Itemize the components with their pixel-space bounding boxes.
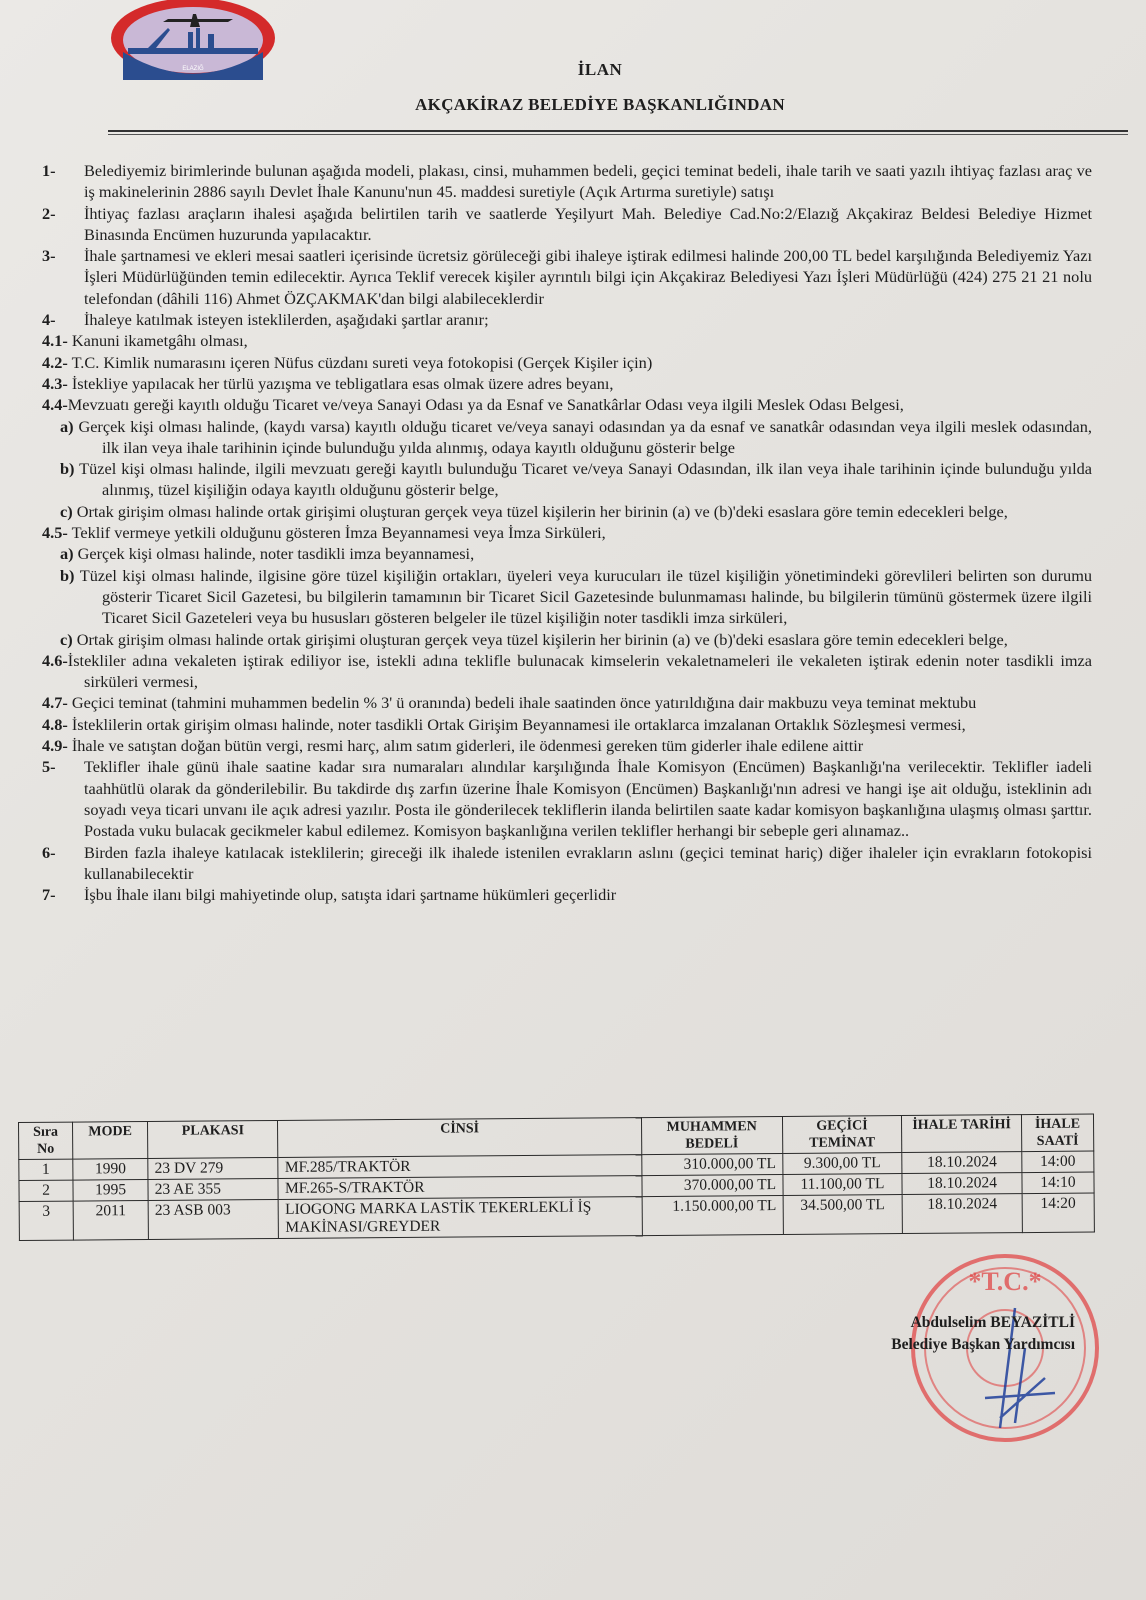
clause-6: 6-Birden fazla ihaleye katılacak istekli…	[42, 842, 1092, 885]
table-cell: 1	[19, 1159, 73, 1180]
condition-4-5-b: b) Tüzel kişi olması halinde, ilgisine g…	[42, 565, 1092, 629]
table-cell: LIOGONG MARKA LASTİK TEKERLEKLİ İŞ MAKİN…	[279, 1197, 643, 1239]
header-divider	[108, 130, 1128, 132]
condition-4-4: 4.4-Mevzuatı gereği kayıtlı olduğu Ticar…	[42, 394, 1092, 415]
table-cell: 2	[19, 1180, 73, 1201]
table-row: 3201123 ASB 003LIOGONG MARKA LASTİK TEKE…	[19, 1193, 1094, 1240]
document-title: İLAN	[0, 60, 1146, 80]
table-cell: 1990	[73, 1158, 148, 1180]
table-cell: 2011	[73, 1200, 148, 1240]
condition-4-5-c: c) Ortak girişim olması halinde ortak gi…	[42, 629, 1092, 650]
table-cell: 1995	[73, 1179, 148, 1201]
document-page: ELAZIĞ İLAN AKÇAKİRAZ BELEDİYE BAŞKANLIĞ…	[0, 0, 1146, 1600]
condition-4-3: 4.3- İstekliye yapılacak her türlü yazış…	[42, 373, 1092, 394]
col-sira-no: Sıra No	[19, 1122, 73, 1159]
col-teminat: GEÇİCİ TEMİNAT	[782, 1116, 902, 1154]
table-cell: 14:10	[1022, 1172, 1094, 1194]
document-subtitle: AKÇAKİRAZ BELEDİYE BAŞKANLIĞINDAN	[0, 95, 1146, 115]
clause-1: 1-Belediyemiz birimlerinde bulunan aşağı…	[42, 160, 1092, 203]
announcement-body: 1-Belediyemiz birimlerinde bulunan aşağı…	[42, 160, 1092, 905]
clause-3: 3-İhale şartnamesi ve ekleri mesai saatl…	[42, 245, 1092, 309]
table-cell: 18.10.2024	[902, 1173, 1022, 1195]
col-model: MODE	[73, 1121, 148, 1159]
svg-text:*T.C.*: *T.C.*	[968, 1267, 1041, 1296]
signatory-role: Belediye Başkan Yardımcısı	[840, 1334, 1075, 1356]
signature-block: Abdulselim BEYAZİTLİ Belediye Başkan Yar…	[840, 1312, 1075, 1356]
condition-4-5-a: a) Gerçek kişi olması halinde, noter tas…	[42, 543, 1092, 564]
signatory-name: Abdulselim BEYAZİTLİ	[840, 1312, 1075, 1334]
table-cell: 18.10.2024	[902, 1152, 1022, 1174]
condition-4-4-a: a) Gerçek kişi olması halinde, (kaydı va…	[42, 416, 1092, 459]
table-cell: 370.000,00 TL	[642, 1174, 783, 1196]
clause-4: 4-İhaleye katılmak isteyen isteklilerden…	[42, 309, 1092, 330]
table-cell: MF.265-S/TRAKTÖR	[278, 1176, 641, 1200]
clause-7: 7-İşbu İhale ilanı bilgi mahiyetinde olu…	[42, 884, 1092, 905]
col-muhammen: MUHAMMEN BEDELİ	[641, 1116, 782, 1154]
condition-4-7: 4.7- Geçici teminat (tahmini muhammen be…	[42, 692, 1092, 713]
condition-4-1: 4.1- Kanuni ikametgâhı olması,	[42, 330, 1092, 351]
table-cell: 9.300,00 TL	[782, 1153, 902, 1175]
table-cell: 18.10.2024	[902, 1194, 1022, 1234]
col-saat: İHALE SAATİ	[1021, 1114, 1093, 1152]
table-cell: 23 AE 355	[148, 1178, 278, 1200]
table-cell: 23 ASB 003	[148, 1199, 279, 1239]
condition-4-5: 4.5- Teklif vermeye yetkili olduğunu gös…	[42, 522, 1092, 543]
header-divider-thin	[108, 134, 1128, 135]
col-plaka: PLAKASI	[148, 1120, 279, 1158]
table-cell: 14:00	[1022, 1151, 1094, 1173]
condition-4-8: 4.8- İsteklilerin ortak girişim olması h…	[42, 714, 1092, 735]
condition-4-2: 4.2- T.C. Kimlik numarasını içeren Nüfus…	[42, 352, 1092, 373]
table-cell: 23 DV 279	[148, 1157, 278, 1179]
clause-2: 2-İhtiyaç fazlası araçların ihalesi aşağ…	[42, 203, 1092, 246]
table-cell: MF.285/TRAKTÖR	[278, 1155, 641, 1179]
col-cinsi: CİNSİ	[278, 1118, 642, 1158]
condition-4-6: 4.6-İstekliler adına vekaleten iştirak e…	[42, 650, 1092, 693]
table-cell: 34.500,00 TL	[783, 1195, 903, 1235]
table-cell: 1.150.000,00 TL	[642, 1195, 783, 1235]
table-cell: 11.100,00 TL	[783, 1174, 903, 1196]
table-cell: 14:20	[1022, 1193, 1094, 1233]
table-cell: 310.000,00 TL	[641, 1153, 782, 1175]
col-tarih: İHALE TARİHİ	[902, 1115, 1022, 1153]
vehicle-table: Sıra No MODE PLAKASI CİNSİ MUHAMMEN BEDE…	[18, 1114, 1095, 1241]
condition-4-4-b: b) Tüzel kişi olması halinde, ilgili mev…	[42, 458, 1092, 501]
condition-4-9: 4.9- İhale ve satıştan doğan bütün vergi…	[42, 735, 1092, 756]
table-cell: 3	[19, 1201, 73, 1240]
clause-5: 5-Teklifler ihale günü ihale saatine kad…	[42, 756, 1092, 841]
condition-4-4-c: c) Ortak girişim olması halinde ortak gi…	[42, 501, 1092, 522]
